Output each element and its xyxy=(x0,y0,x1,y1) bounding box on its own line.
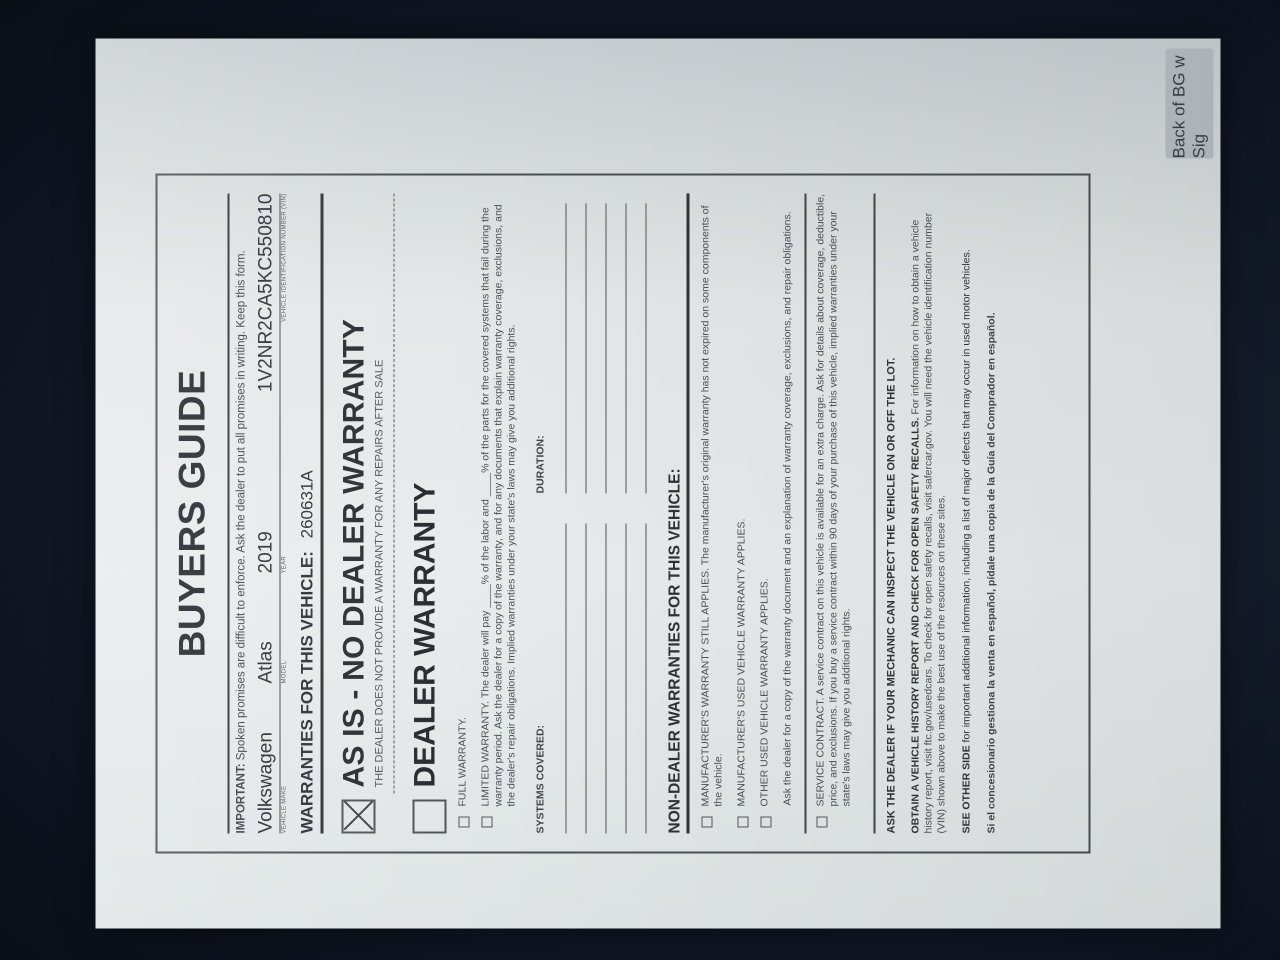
buyers-guide-sheet: BUYERS GUIDE IMPORTANT: Spoken promises … xyxy=(96,39,1221,929)
important-notice: IMPORTANT: Spoken promises are difficult… xyxy=(228,194,248,834)
non-dealer-option: MANUFACTURER'S USED VEHICLE WARRANTY APP… xyxy=(736,194,749,834)
systems-line[interactable] xyxy=(565,524,567,834)
vehicle-history-text: OBTAIN A VEHICLE HISTORY REPORT AND CHEC… xyxy=(910,194,949,834)
systems-covered-label: SYSTEMS COVERED: xyxy=(535,494,547,834)
vehicle-year-field: 2019 YEAR xyxy=(256,444,288,574)
divider xyxy=(874,194,876,834)
vehicle-vin-field: 1V2NR2CA5KC550810 VEHICLE IDENTIFICATION… xyxy=(256,194,288,444)
systems-duration-header: SYSTEMS COVERED: DURATION: xyxy=(535,194,547,834)
duration-line[interactable] xyxy=(625,204,627,494)
buyers-guide-form: BUYERS GUIDE IMPORTANT: Spoken promises … xyxy=(156,174,1091,854)
duration-line[interactable] xyxy=(645,204,647,494)
duration-label: DURATION: xyxy=(535,435,547,493)
limited-warranty-option: LIMITED WARRANTY. The dealer will pay __… xyxy=(480,194,519,834)
dashed-divider xyxy=(394,194,395,794)
folder-tab-label: Back of BG w Sig xyxy=(1166,49,1214,159)
dealer-warranty-title: DEALER WARRANTY xyxy=(409,483,443,788)
full-warranty-option: FULL WARRANTY. xyxy=(457,194,470,834)
vehicle-make-field: Volkswagen VEHICLE MAKE xyxy=(256,684,288,834)
other-used-warranty-checkbox[interactable] xyxy=(761,817,772,828)
as-is-title: AS IS - NO DEALER WARRANTY xyxy=(338,319,372,788)
duration-line[interactable] xyxy=(605,204,607,494)
ask-mechanic-text: ASK THE DEALER IF YOUR MECHANIC CAN INSP… xyxy=(886,194,898,834)
systems-line[interactable] xyxy=(645,524,647,834)
vehicle-model-field: Atlas MODEL xyxy=(256,574,288,684)
non-dealer-option: OTHER USED VEHICLE WARRANTY APPLIES. xyxy=(759,194,772,834)
systems-lines xyxy=(565,194,647,834)
systems-line[interactable] xyxy=(605,524,607,834)
vehicle-info-row: Volkswagen VEHICLE MAKE Atlas MODEL 2019… xyxy=(256,194,288,834)
document-title: BUYERS GUIDE xyxy=(172,194,214,834)
stock-number: 260631A xyxy=(298,470,317,538)
manufacturer-warranty-checkbox[interactable] xyxy=(702,817,713,828)
service-contract-option: SERVICE CONTRACT. A service contract on … xyxy=(815,194,864,834)
warranties-heading: WARRANTIES FOR THIS VEHICLE: 260631A xyxy=(298,194,324,834)
non-dealer-option: MANUFACTURER'S WARRANTY STILL APPLIES. T… xyxy=(700,194,726,834)
systems-line[interactable] xyxy=(585,524,587,834)
divider xyxy=(805,194,807,834)
as-is-subtitle: THE DEALER DOES NOT PROVIDE A WARRANTY F… xyxy=(374,319,386,788)
as-is-option: AS IS - NO DEALER WARRANTY THE DEALER DO… xyxy=(338,194,386,834)
service-contract-checkbox[interactable] xyxy=(817,817,828,828)
spanish-notice: Si el concesionario gestiona la venta en… xyxy=(986,194,999,834)
duration-line[interactable] xyxy=(585,204,587,494)
as-is-checkbox[interactable] xyxy=(342,800,376,834)
full-warranty-checkbox[interactable] xyxy=(459,817,470,828)
dealer-warranty-checkbox[interactable] xyxy=(413,800,447,834)
non-dealer-heading: NON-DEALER WARRANTIES FOR THIS VEHICLE: xyxy=(667,194,690,834)
warranty-note: Ask the dealer for a copy of the warrant… xyxy=(782,194,795,806)
duration-line[interactable] xyxy=(565,204,567,494)
manufacturer-used-warranty-checkbox[interactable] xyxy=(738,817,749,828)
see-other-side-text: SEE OTHER SIDE for important additional … xyxy=(961,194,974,834)
systems-line[interactable] xyxy=(625,524,627,834)
dealer-warranty-option: DEALER WARRANTY xyxy=(409,194,447,834)
limited-warranty-checkbox[interactable] xyxy=(482,817,493,828)
